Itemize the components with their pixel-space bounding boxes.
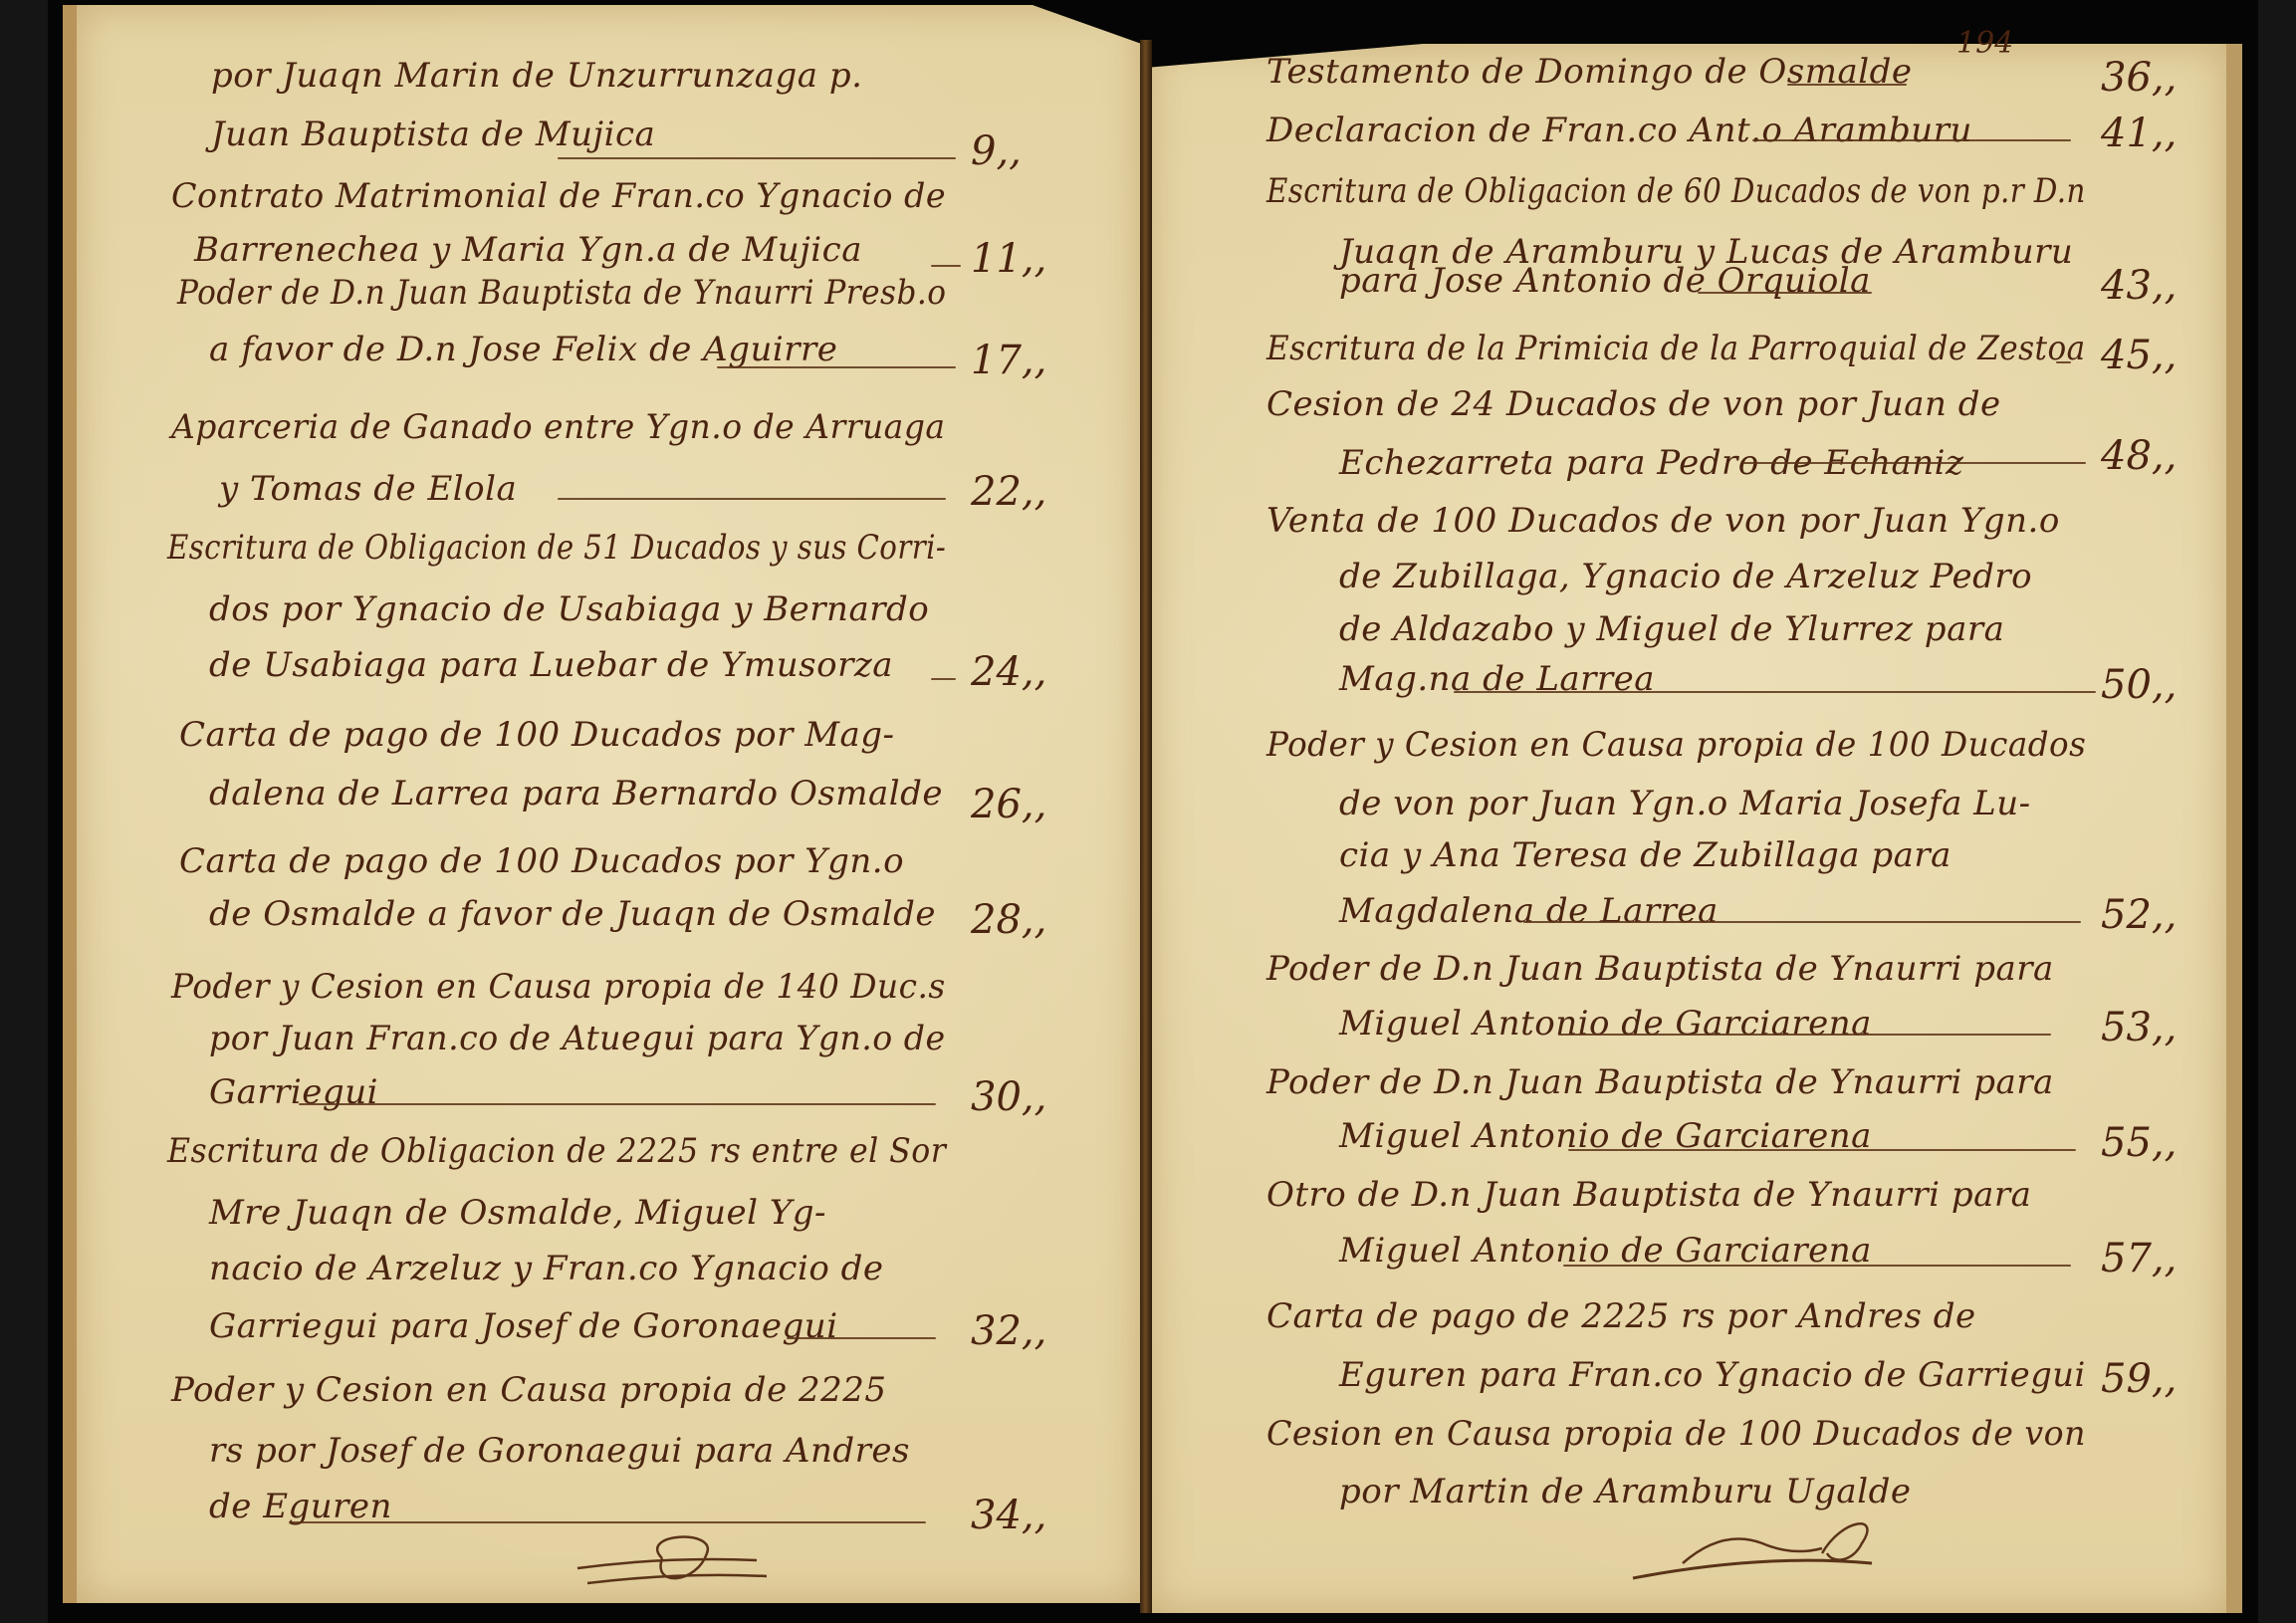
- entry-line: Miguel Antonio de Garciarena: [1339, 1234, 1872, 1268]
- leader-rule: [717, 366, 956, 368]
- entry-line: Eguren para Fran.co Ygnacio de Garriegui: [1339, 1358, 2086, 1392]
- folio-number: 59,,: [2101, 1359, 2177, 1399]
- folio-number: 34,,: [971, 1496, 1046, 1535]
- entry-line: Cesion en Causa propia de 100 Ducados de…: [1266, 1417, 2086, 1451]
- entry-line: Aparceria de Ganado entre Ygn.o de Arrua…: [171, 410, 946, 444]
- entry-line: rs por Josef de Goronaegui para Andres: [209, 1434, 910, 1468]
- leader-rule: [1752, 139, 2071, 141]
- leader-rule: [1558, 1034, 2051, 1036]
- entry-line: dos por Ygnacio de Usabiaga y Bernardo: [209, 592, 929, 626]
- entry-line: Poder de D.n Juan Bauptista de Ynaurri P…: [177, 276, 946, 310]
- entry-line: de Usabiaga para Luebar de Ymusorza: [209, 648, 893, 682]
- leader-rule: [1563, 1265, 2071, 1267]
- entry-line: nacio de Arzeluz y Fran.co Ygnacio de: [209, 1252, 884, 1285]
- folio-number: 43,,: [2101, 266, 2177, 306]
- leader-rule: [1568, 1149, 2076, 1151]
- entry-line: por Martin de Aramburu Ugalde: [1339, 1475, 1911, 1508]
- entry-line: por Juan Fran.co de Atuegui para Ygn.o d…: [209, 1022, 946, 1055]
- folio-number: 17,,: [971, 341, 1046, 380]
- leader-rule: [1454, 691, 2096, 693]
- entry-line: Carta de pago de 100 Ducados por Ygn.o: [179, 844, 904, 878]
- entry-line: Declaracion de Fran.co Ant.o Aramburu: [1266, 114, 1972, 147]
- folio-number: 55,,: [2101, 1123, 2177, 1163]
- folio-number: 45,,: [2101, 336, 2177, 375]
- folio-number: 9,,: [971, 131, 1022, 171]
- folio-number: 30,,: [971, 1077, 1046, 1117]
- leader-rule: [1698, 292, 1872, 294]
- entry-line: por Juaqn Marin de Unzurrunzaga p.: [211, 59, 862, 93]
- folio-number: 11,,: [971, 239, 1046, 279]
- entry-line: Venta de 100 Ducados de von por Juan Ygn…: [1266, 504, 2060, 538]
- folio-number: 24,,: [971, 652, 1046, 692]
- leader-rule: [299, 1103, 936, 1105]
- closing-flourish-left: [558, 1528, 777, 1598]
- folio-number: 28,,: [971, 900, 1046, 940]
- folio-number: 48,,: [2101, 436, 2177, 476]
- entry-line: Miguel Antonio de Garciarena: [1339, 1119, 1872, 1153]
- folio-number: 50,,: [2101, 665, 2177, 705]
- leader-rule: [931, 678, 956, 680]
- entry-line: Poder y Cesion en Causa propia de 2225: [171, 1373, 887, 1407]
- entry-line: Escritura de Obligacion de 60 Ducados de…: [1266, 174, 2086, 208]
- folio-number: 57,,: [2101, 1239, 2177, 1278]
- entry-line: Escritura de la Primicia de la Parroquia…: [1266, 332, 2086, 365]
- folio-number: 41,,: [2101, 114, 2177, 153]
- leader-rule: [931, 265, 961, 267]
- folio-number: 53,,: [2101, 1008, 2177, 1047]
- leader-rule: [1742, 462, 2086, 464]
- leader-rule: [1787, 84, 1907, 86]
- entry-line: Barrenechea y Maria Ygn.a de Mujica: [194, 233, 862, 267]
- entry-line: de Osmalde a favor de Juaqn de Osmalde: [209, 897, 936, 931]
- closing-flourish-right: [1613, 1508, 1952, 1598]
- entry-line: de Eguren: [209, 1490, 392, 1523]
- entry-line: Juan Bauptista de Mujica: [211, 117, 655, 151]
- entry-line: Cesion de 24 Ducados de von por Juan de: [1266, 387, 2001, 421]
- entry-line: de Aldazabo y Miguel de Ylurrez para: [1339, 612, 2004, 646]
- entry-line: Carta de pago de 2225 rs por Andres de: [1266, 1299, 1976, 1333]
- entry-line: a favor de D.n Jose Felix de Aguirre: [209, 333, 837, 366]
- folio-number: 36,,: [2101, 58, 2177, 98]
- folio-number: 32,,: [971, 1311, 1046, 1351]
- entry-line: Poder de D.n Juan Bauptista de Ynaurri p…: [1266, 952, 2054, 986]
- entry-line: y Tomas de Elola: [219, 472, 517, 506]
- entry-line: Escritura de Obligacion de 51 Ducados y …: [167, 531, 946, 565]
- entry-line: Poder y Cesion en Causa propia de 100 Du…: [1266, 728, 2086, 762]
- entry-line: Poder y Cesion en Causa propia de 140 Du…: [171, 970, 946, 1004]
- entry-line: de Zubillaga, Ygnacio de Arzeluz Pedro: [1339, 560, 2032, 593]
- entry-line: Contrato Matrimonial de Fran.co Ygnacio …: [171, 179, 946, 213]
- entry-line: de von por Juan Ygn.o Maria Josefa Lu-: [1339, 787, 2031, 820]
- leader-rule: [787, 1337, 936, 1339]
- folio-number: 22,,: [971, 472, 1046, 512]
- entry-line: Poder de D.n Juan Bauptista de Ynaurri p…: [1266, 1065, 2054, 1099]
- entry-line: Garriegui para Josef de Goronaegui: [209, 1309, 838, 1343]
- folio-number: 52,,: [2101, 895, 2177, 935]
- entry-line: Carta de pago de 100 Ducados por Mag-: [179, 718, 895, 752]
- leader-rule: [1523, 921, 2081, 923]
- leader-rule: [558, 157, 956, 159]
- page-number: 194: [1956, 26, 2013, 61]
- entry-line: Escritura de Obligacion de 2225 rs entre…: [167, 1134, 946, 1168]
- leader-rule: [2056, 361, 2071, 363]
- leader-rule: [289, 1521, 926, 1523]
- entry-line: cia y Ana Teresa de Zubillaga para: [1339, 838, 1952, 872]
- entry-line: Mre Juaqn de Osmalde, Miguel Yg-: [209, 1196, 826, 1230]
- book-spine: [1140, 40, 1152, 1613]
- entry-line: dalena de Larrea para Bernardo Osmalde: [209, 777, 943, 811]
- entry-line: Otro de D.n Juan Bauptista de Ynaurri pa…: [1266, 1178, 2031, 1212]
- leader-rule: [558, 498, 946, 500]
- folio-number: 26,,: [971, 785, 1046, 824]
